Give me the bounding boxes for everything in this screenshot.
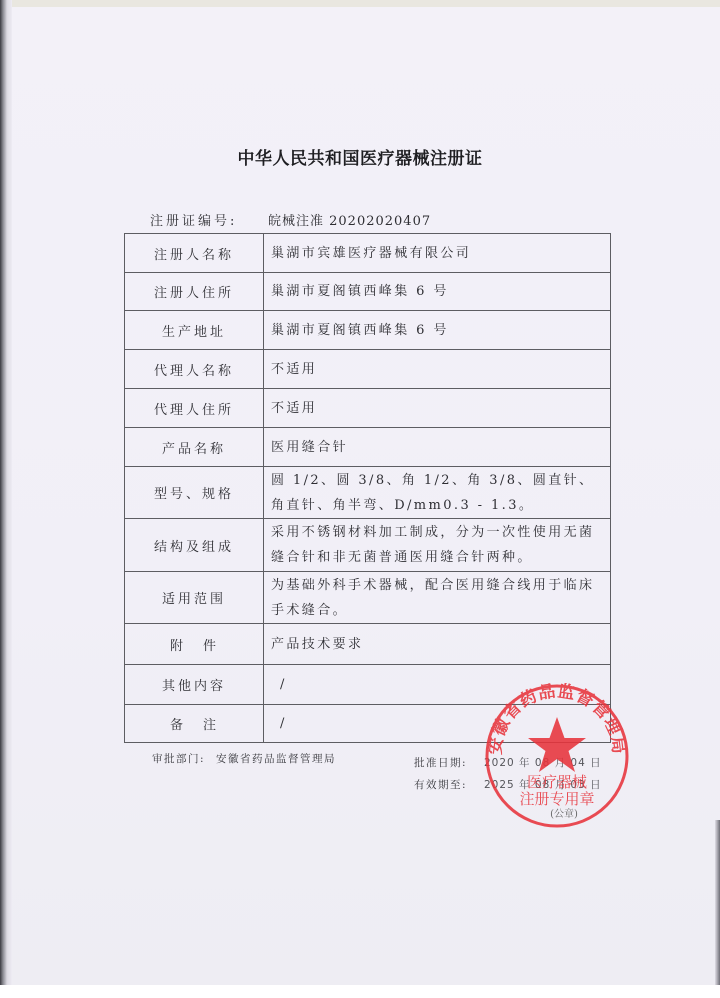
row-value-other: / — [264, 665, 611, 705]
certificate-table: 注册人名称 巢湖市宾雄医疗器械有限公司 注册人住所 巢湖市夏阁镇西峰集 6 号 … — [124, 233, 611, 743]
valid-until-value: 2025 年 08 月 03 日 — [484, 777, 602, 792]
row-value-model-spec: 圆 1/2、圆 3/8、角 1/2、角 3/8、圆直针、角直针、角半弯、D/mm… — [264, 467, 611, 519]
table-row: 结构及组成 采用不锈钢材料加工制成，分为一次性使用无菌缝合针和非无菌普通医用缝合… — [125, 519, 611, 572]
document-title: 中华人民共和国医疗器械注册证 — [0, 144, 720, 169]
row-value-agent-name: 不适用 — [264, 350, 611, 389]
row-label-production-address: 生产地址 — [125, 311, 264, 350]
table-row: 代理人住所 不适用 — [125, 389, 611, 428]
row-value-registrant-address: 巢湖市夏阁镇西峰集 6 号 — [264, 273, 611, 311]
registration-number-value: 皖械注准 20202020407 — [268, 210, 431, 229]
row-value-remarks: / — [264, 705, 611, 743]
table-row: 注册人住所 巢湖市夏阁镇西峰集 6 号 — [125, 273, 611, 311]
table-row: 适用范围 为基础外科手术器械，配合医用缝合线用于临床手术缝合。 — [125, 572, 611, 624]
table-row: 生产地址 巢湖市夏阁镇西峰集 6 号 — [125, 311, 611, 350]
row-value-production-address: 巢湖市夏阁镇西峰集 6 号 — [264, 311, 611, 350]
table-row: 附件 产品技术要求 — [125, 624, 611, 665]
row-label-product-name: 产品名称 — [125, 428, 264, 467]
valid-until-label: 有效期至: — [414, 777, 467, 792]
approval-date-value: 2020 年 08 月 04 日 — [484, 755, 602, 770]
row-label-remarks: 备注 — [125, 705, 264, 743]
row-label-agent-address: 代理人住所 — [125, 389, 264, 428]
table-row: 其他内容 / — [125, 665, 611, 705]
row-label-other: 其他内容 — [125, 665, 264, 705]
registration-number: 注册证编号: 皖械注准 20202020407 — [150, 210, 237, 229]
row-value-registrant-name: 巢湖市宾雄医疗器械有限公司 — [264, 234, 611, 273]
row-value-scope: 为基础外科手术器械，配合医用缝合线用于临床手术缝合。 — [264, 572, 611, 624]
row-label-model-spec: 型号、规格 — [125, 467, 264, 519]
row-value-structure: 采用不锈钢材料加工制成，分为一次性使用无菌缝合针和非无菌普通医用缝合针两种。 — [264, 519, 611, 572]
table-row: 代理人名称 不适用 — [125, 350, 611, 389]
row-value-product-name: 医用缝合针 — [264, 428, 611, 467]
row-label-scope: 适用范围 — [125, 572, 264, 624]
table-row: 备注 / — [125, 705, 611, 743]
row-value-attachment: 产品技术要求 — [264, 624, 611, 665]
row-label-registrant-address: 注册人住所 — [125, 273, 264, 311]
approval-date-label: 批准日期: — [414, 755, 467, 770]
row-value-agent-address: 不适用 — [264, 389, 611, 428]
scan-top-edge — [0, 0, 720, 7]
row-label-structure: 结构及组成 — [125, 519, 264, 572]
row-label-registrant-name: 注册人名称 — [125, 234, 264, 273]
row-label-attachment: 附件 — [125, 624, 264, 665]
registration-number-label: 注册证编号: — [150, 214, 237, 229]
table-row: 注册人名称 巢湖市宾雄医疗器械有限公司 — [125, 234, 611, 273]
scan-right-edge — [715, 820, 720, 985]
row-label-agent-name: 代理人名称 — [125, 350, 264, 389]
table-row: 产品名称 医用缝合针 — [125, 428, 611, 467]
approval-dept-value: 安徽省药品监督管理局 — [216, 751, 336, 766]
table-row: 型号、规格 圆 1/2、圆 3/8、角 1/2、角 3/8、圆直针、角直针、角半… — [125, 467, 611, 519]
approval-dept-label: 审批部门: — [152, 751, 205, 766]
